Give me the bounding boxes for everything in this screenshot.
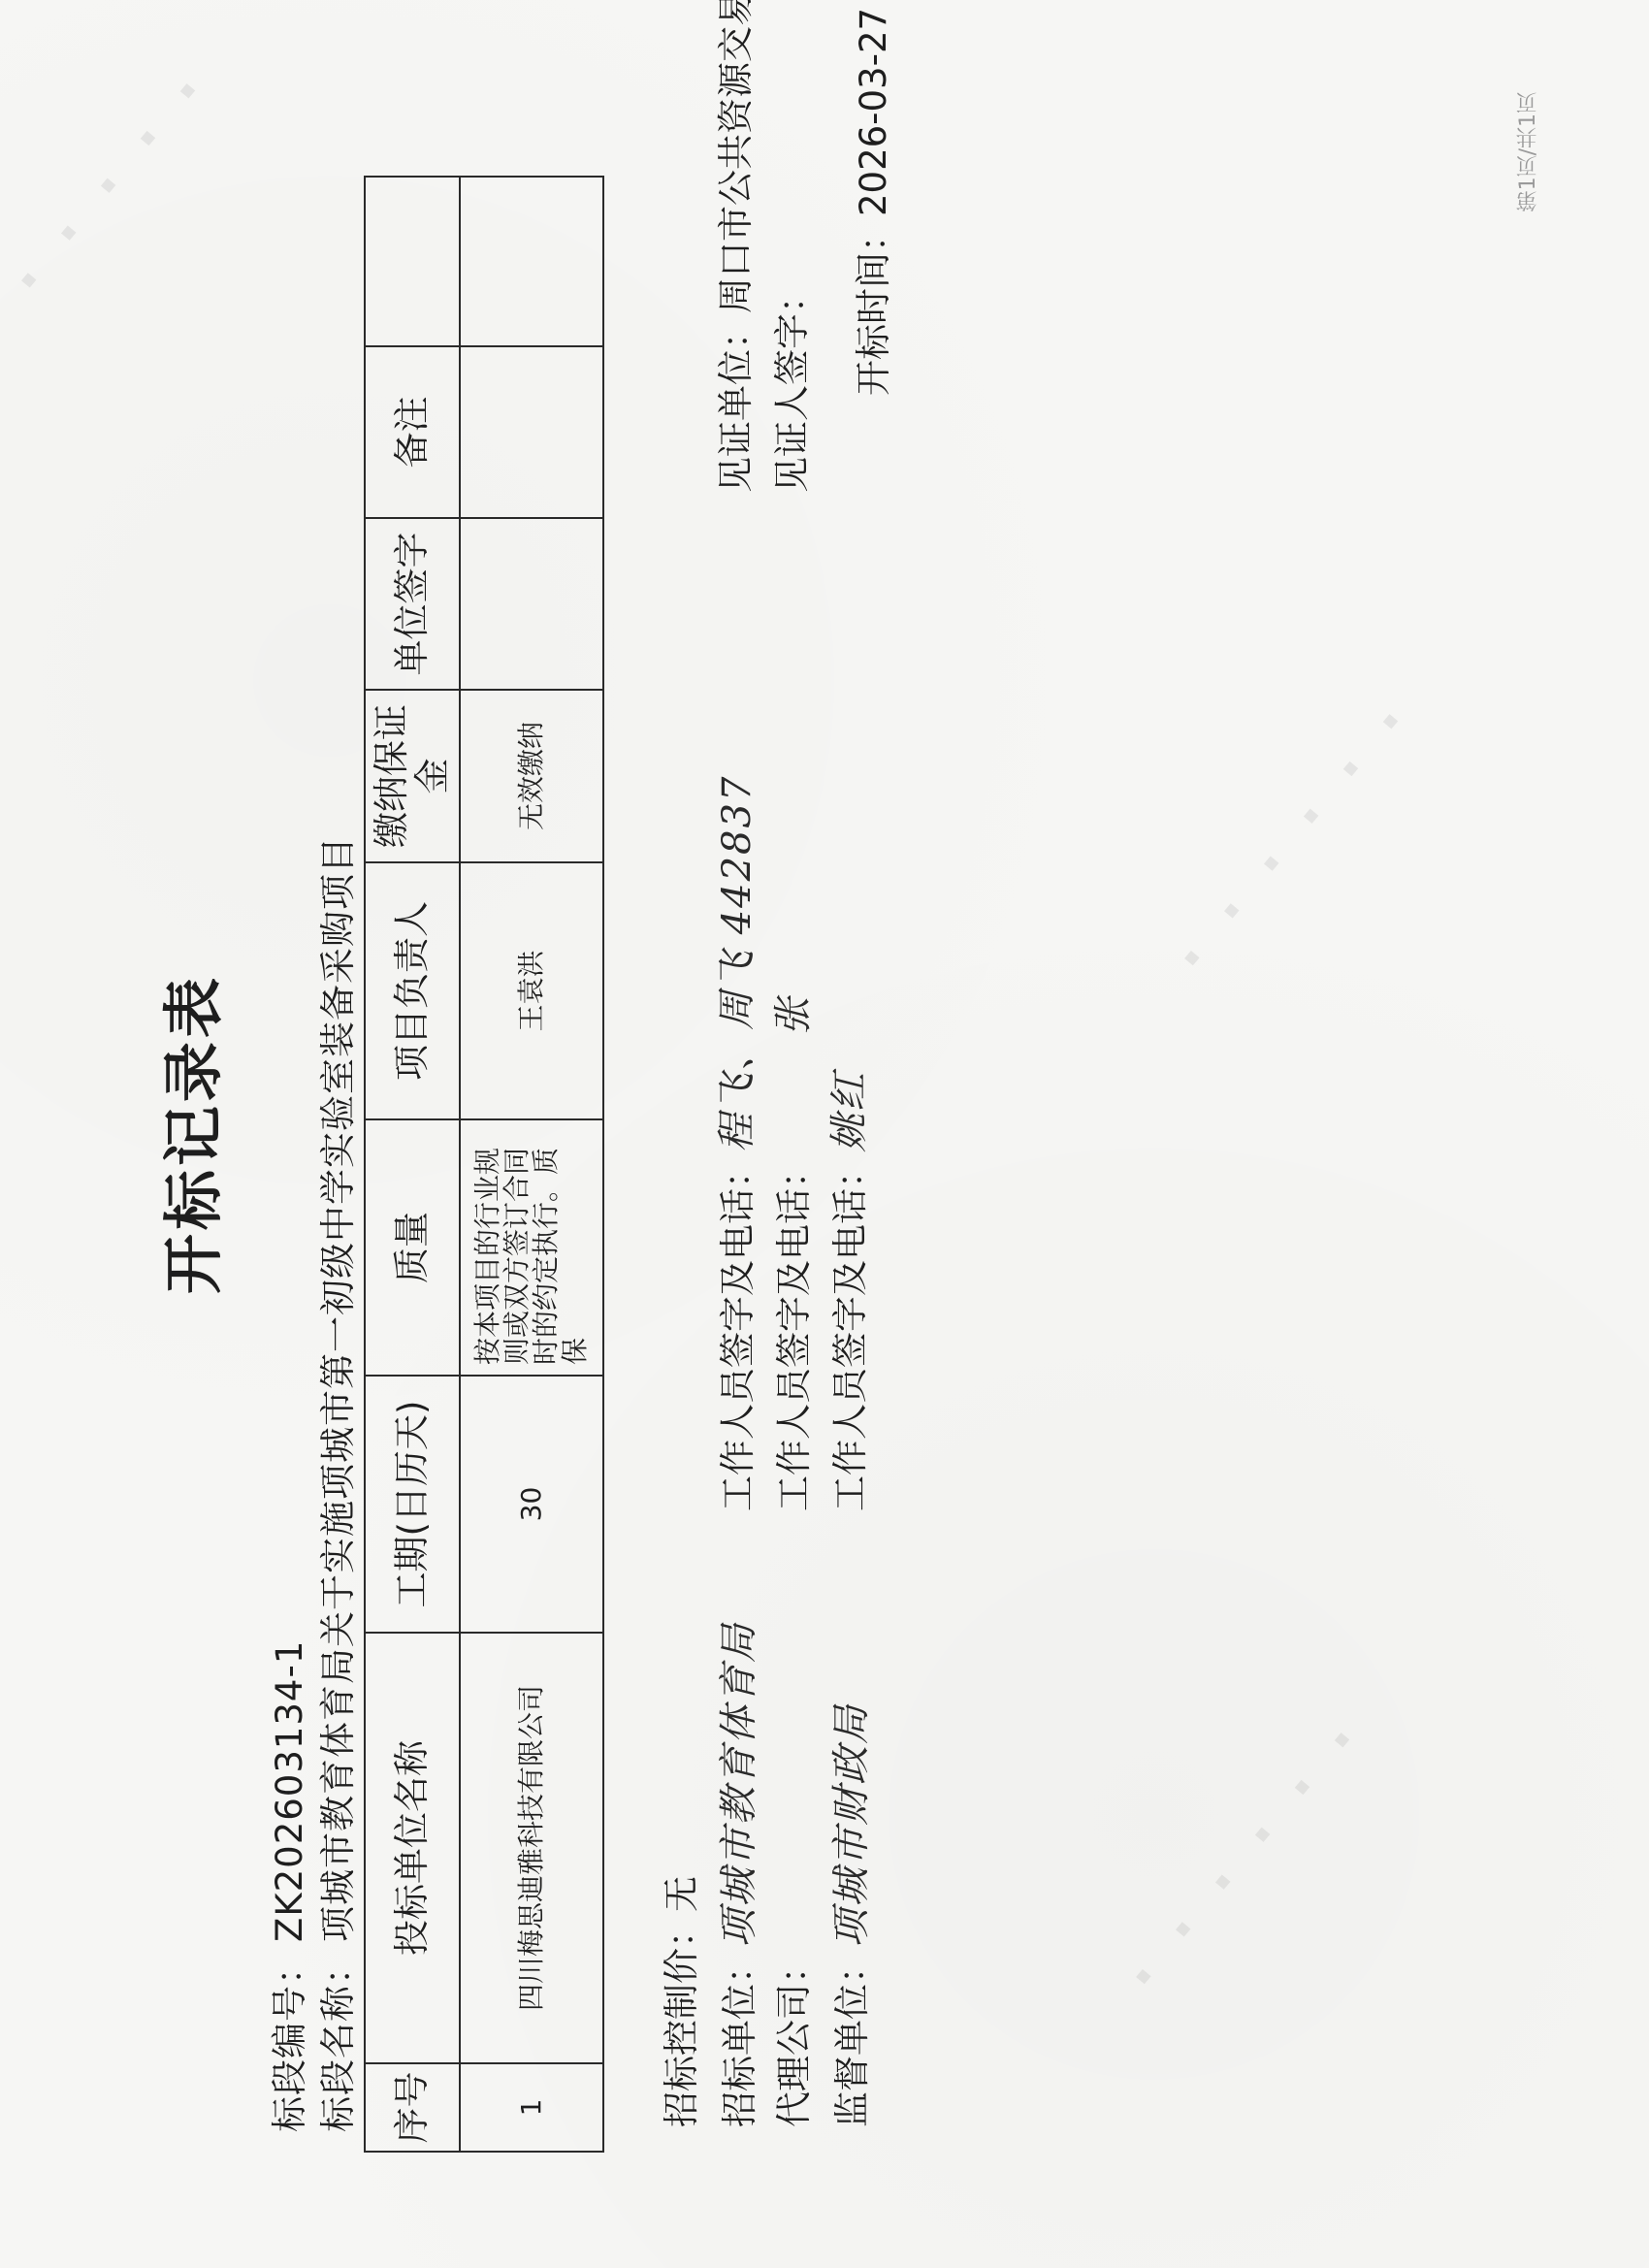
cell-manager: 王袁洪 xyxy=(460,862,603,1119)
section-name-value: 项城市教育体育局关于实施项城市第一初级中学实验室装备采购项目 xyxy=(317,836,359,1942)
supervisor: 监督单位：项城市财政局 xyxy=(821,1703,876,2127)
staff-2-label: 工作人员签字及电话： xyxy=(773,1152,815,1511)
table-header-row: 序号 投标单位名称 工期(日历天) 质量 项目负责人 缴纳保证金 单位签字 备注 xyxy=(365,177,460,2152)
watermark: · · · · · · xyxy=(1159,684,1430,988)
open-time-label: 开标时间： xyxy=(853,216,894,396)
document-title: 开标记录表 xyxy=(145,0,232,2268)
scanned-page: 第1页/共1页 · · · · · · · · · · · · · · · · … xyxy=(0,0,1649,2268)
witness-signature: 见证人签字： xyxy=(762,277,815,493)
staff-1: 工作人员签字及电话：程飞、周飞 442837 xyxy=(706,775,761,1511)
table-row: 1 四川梅思迪雅科技有限公司 30 按本项目的行业规则或双方签订合同时的约定执行… xyxy=(460,177,603,2152)
staff-1-label: 工作人员签字及电话： xyxy=(717,1152,759,1511)
document-sheet: · · · · · · · · · · · · · · · · · · 开标记录… xyxy=(0,0,1649,2268)
cell-deposit: 无效缴纳 xyxy=(460,690,603,862)
cell-no: 1 xyxy=(460,2063,603,2152)
column-header: 工期(日历天) xyxy=(365,1376,460,1633)
section-number-label: 标段编号： xyxy=(269,1948,310,2132)
section-number-value: ZK202603134-1 xyxy=(269,1640,310,1942)
staff-3-signature: 姚红 xyxy=(827,1071,872,1152)
control-price-value: 无 xyxy=(661,1876,702,1912)
agency-label: 代理公司： xyxy=(773,1948,815,2127)
column-header: 投标单位名称 xyxy=(365,1633,460,2063)
staff-3-label: 工作人员签字及电话： xyxy=(829,1152,871,1511)
control-price-label: 招标控制价： xyxy=(661,1912,702,2127)
section-number: 标段编号：ZK202603134-1 xyxy=(260,1640,312,2132)
tenderer-label: 招标单位： xyxy=(719,1948,760,2127)
witness-unit-value: 周口市公共资源交易中心 xyxy=(715,0,757,313)
cell-extra xyxy=(460,177,603,346)
staff-2: 工作人员签字及电话：张 xyxy=(762,995,818,1511)
open-time-value: 2026-03-27 10:00:00 xyxy=(853,0,894,216)
column-header: 单位签字 xyxy=(365,518,460,690)
staff-2-signature: 张 xyxy=(771,995,816,1036)
open-time: 开标时间：2026-03-27 10:00:00 xyxy=(844,0,896,396)
column-header xyxy=(365,177,460,346)
tenderer-signature: 项城市教育体育局 xyxy=(717,1622,761,1948)
watermark: · · · · · · xyxy=(1111,1702,1381,2007)
cell-remarks xyxy=(460,346,603,518)
column-header: 项目负责人 xyxy=(365,862,460,1119)
supervisor-label: 监督单位： xyxy=(831,1948,873,2127)
staff-3: 工作人员签字及电话：姚红 xyxy=(819,1071,874,1511)
cell-duration: 30 xyxy=(460,1376,603,1633)
witness-signature-label: 见证人签字： xyxy=(771,277,813,493)
cell-signature xyxy=(460,518,603,690)
control-price: 招标控制价：无 xyxy=(652,1876,704,2127)
tenderer: 招标单位：项城市教育体育局 xyxy=(708,1622,763,2127)
column-header: 序号 xyxy=(365,2063,460,2152)
section-name-label: 标段名称： xyxy=(317,1948,359,2132)
agency: 代理公司： xyxy=(764,1948,817,2127)
supervisor-signature: 项城市财政局 xyxy=(829,1703,874,1948)
witness-unit: 见证单位：周口市公共资源交易中心 xyxy=(706,0,759,493)
staff-1-signature: 程飞、周飞 442837 xyxy=(715,775,760,1152)
section-name: 标段名称：项城市教育体育局关于实施项城市第一初级中学实验室装备采购项目 xyxy=(308,836,361,2132)
column-header: 质量 xyxy=(365,1119,460,1376)
cell-bidder: 四川梅思迪雅科技有限公司 xyxy=(460,1633,603,2063)
bid-opening-table: 序号 投标单位名称 工期(日历天) 质量 项目负责人 缴纳保证金 单位签字 备注… xyxy=(364,176,604,2153)
column-header: 缴纳保证金 xyxy=(365,690,460,862)
cell-quality: 按本项目的行业规则或双方签订合同时的约定执行。质保 xyxy=(460,1119,603,1376)
column-header: 备注 xyxy=(365,346,460,518)
witness-unit-label: 见证单位： xyxy=(715,313,757,493)
